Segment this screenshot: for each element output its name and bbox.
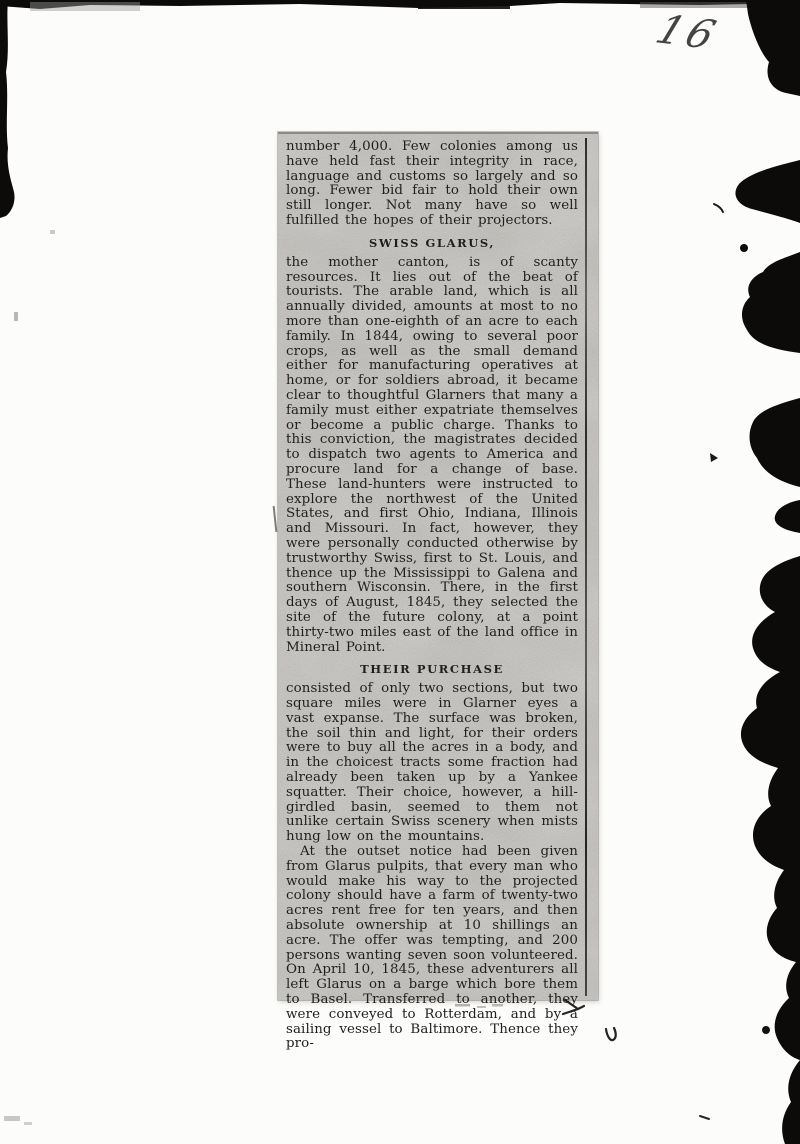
- pen-check-mark: [606, 1028, 616, 1040]
- scan-artifact-left-speck-4: [24, 1122, 32, 1125]
- ink-speck-right-2: [714, 204, 723, 212]
- ink-blob-right-long: [741, 556, 800, 1144]
- ink-blob-right-3: [750, 398, 800, 487]
- ink-speck-right-1: [740, 244, 748, 252]
- scan-artifact-top-edge: [0, 0, 800, 9]
- scan-artifact-top-smudge-3: [640, 2, 760, 8]
- clipping-paragraph-emigration: At the outset notice had been given from…: [286, 845, 578, 1052]
- newspaper-clipping: number 4,000. Few colonies among us have…: [278, 132, 598, 1000]
- scan-artifact-left-speck-3: [4, 1116, 20, 1121]
- scan-artifact-left-speck-2: [50, 230, 55, 234]
- ink-speck-right-4: [762, 1026, 770, 1034]
- clipping-heading-swiss-glarus: SWISS GLARUS,: [286, 236, 578, 250]
- column-rule: [585, 138, 587, 996]
- scan-artifact-top-smudge-1: [30, 2, 140, 11]
- ink-speck-right-5: [700, 1116, 709, 1119]
- scan-artifact-left-speck-1: [14, 312, 18, 321]
- ink-blob-right-4: [775, 500, 800, 533]
- handwritten-page-number: 16: [650, 7, 725, 58]
- ink-blob-top-right: [746, 0, 800, 96]
- scan-artifact-left-edge: [0, 0, 15, 218]
- scanned-page: 16 number 4,000. Few colonies among us h…: [0, 0, 800, 1144]
- clipping-paragraph-purchase: consisted of only two sections, but two …: [286, 682, 578, 845]
- clipping-paragraph-intro: number 4,000. Few colonies among us have…: [286, 140, 578, 229]
- scan-artifact-top-smudge-2: [418, 2, 510, 9]
- ink-blob-right-2: [742, 252, 800, 353]
- clipping-heading-their-purchase: THEIR PURCHASE: [286, 662, 578, 676]
- clipping-paragraph-swiss-glarus: the mother canton, is of scanty resource…: [286, 256, 578, 656]
- clipping-text-column: number 4,000. Few colonies among us have…: [286, 140, 578, 1052]
- ink-blob-right-1: [735, 160, 800, 223]
- ink-speck-right-3: [710, 453, 718, 462]
- pen-tick-left-margin: [273, 506, 278, 532]
